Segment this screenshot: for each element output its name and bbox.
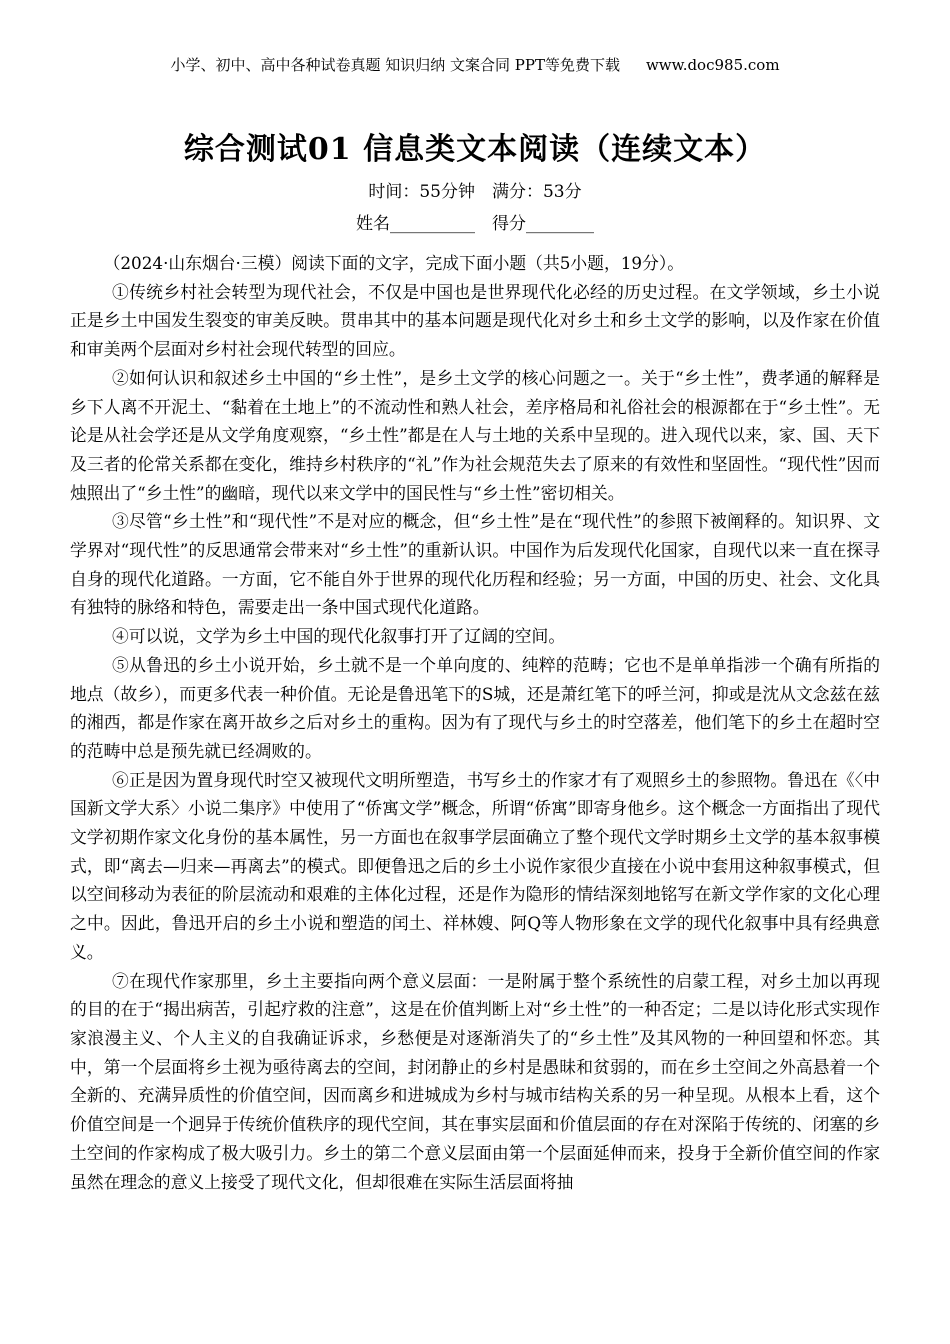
passage-paragraph-3: ③尽管“乡土性”和“现代性”不是对应的概念，但“乡土性”是在“现代性”的参照下被… <box>70 507 880 622</box>
exam-meta-line: 时间：55分钟 满分：53分 <box>70 179 880 205</box>
site-url: www.doc985.com <box>646 56 780 74</box>
name-score-line: 姓名__________ 得分________ <box>70 211 880 237</box>
site-promo-text: 小学、初中、高中各种试卷真题 知识归纳 文案合同 PPT等免费下载 <box>170 56 620 74</box>
site-header: 小学、初中、高中各种试卷真题 知识归纳 文案合同 PPT等免费下载www.doc… <box>0 55 950 76</box>
reading-passage: （2024·山东烟台·三模）阅读下面的文字，完成下面小题（共5小题，19分）。 … <box>70 249 880 1196</box>
document-content: 综合测试01 信息类文本阅读（连续文本） 时间：55分钟 满分：53分 姓名__… <box>0 0 950 1196</box>
passage-paragraph-5: ⑤从鲁迅的乡土小说开始，乡土就不是一个单向度的、纯粹的范畴；它也不是单单指涉一个… <box>70 651 880 766</box>
passage-intro: （2024·山东烟台·三模）阅读下面的文字，完成下面小题（共5小题，19分）。 <box>70 249 880 278</box>
passage-paragraph-2: ②如何认识和叙述乡土中国的“乡土性”，是乡土文学的核心问题之一。关于“乡土性”，… <box>70 364 880 508</box>
passage-paragraph-4: ④可以说，文学为乡土中国的现代化叙事打开了辽阔的空间。 <box>70 622 880 651</box>
passage-paragraph-6: ⑥正是因为置身现代时空又被现代文明所塑造，书写乡土的作家才有了观照乡土的参照物。… <box>70 766 880 967</box>
exam-paper-page: 小学、初中、高中各种试卷真题 知识归纳 文案合同 PPT等免费下载www.doc… <box>0 0 950 1344</box>
passage-paragraph-7: ⑦在现代作家那里，乡土主要指向两个意义层面：一是附属于整个系统性的启蒙工程，对乡… <box>70 967 880 1197</box>
page-title: 综合测试01 信息类文本阅读（连续文本） <box>70 131 880 169</box>
passage-paragraph-1: ①传统乡村社会转型为现代社会，不仅是中国也是世界现代化必经的历史过程。在文学领域… <box>70 278 880 364</box>
